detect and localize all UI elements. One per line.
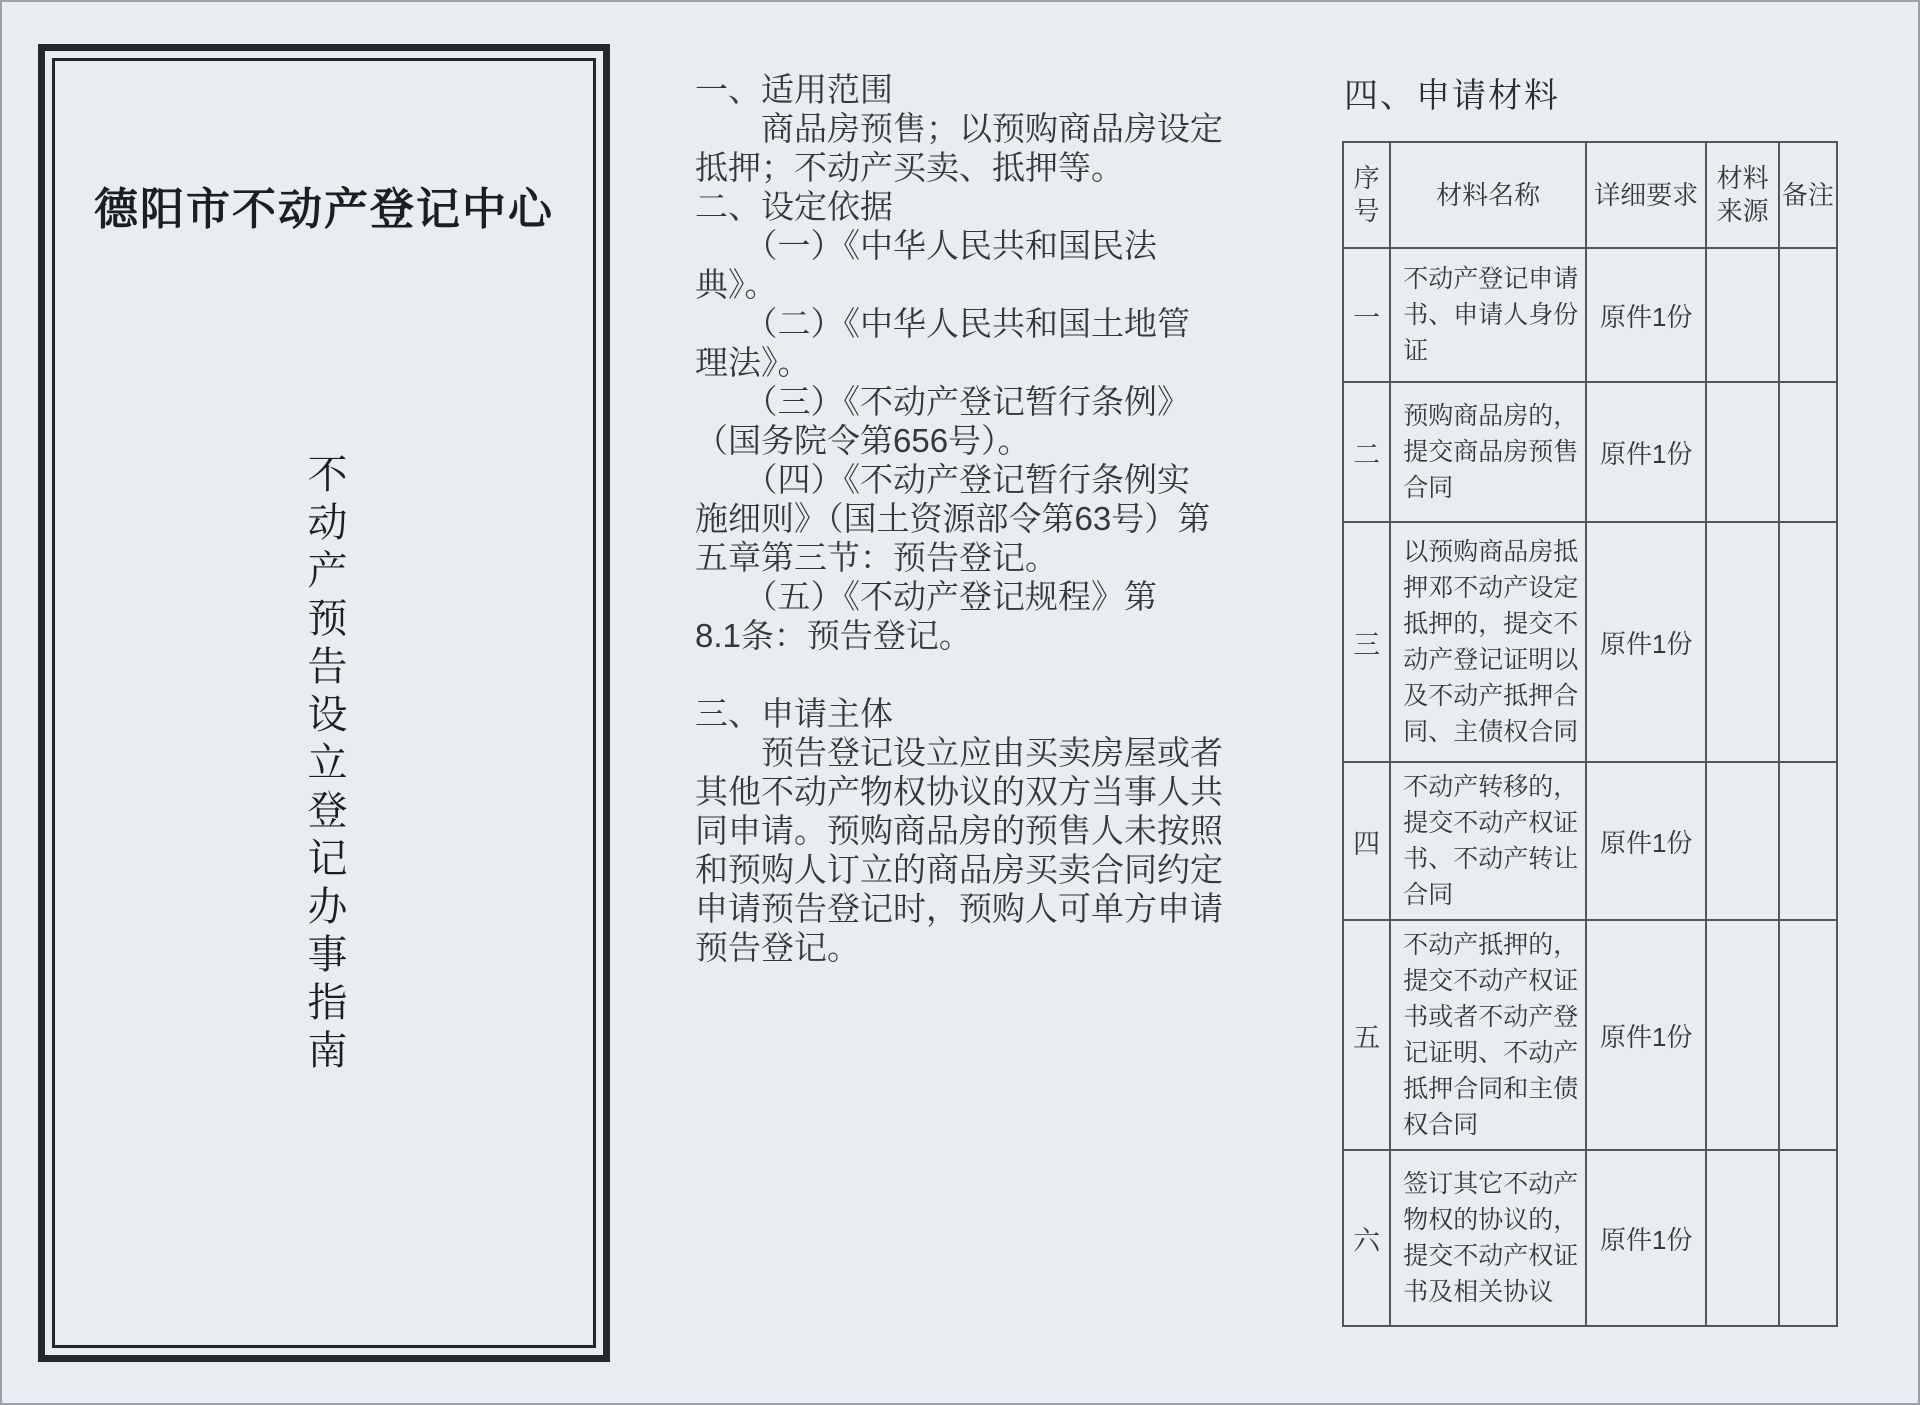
text-line: （三）《不动产登记暂行条例》 [695, 382, 1295, 421]
row-remark [1779, 382, 1837, 522]
row-remark [1779, 762, 1837, 920]
text-line: 同申请。预购商品房的预售人未按照 [695, 811, 1295, 850]
text-line: 和预购人订立的商品房买卖合同约定 [695, 850, 1295, 889]
row-material-name: 签订其它不动产物权的协议的，提交不动产权证书及相关协议 [1390, 1150, 1586, 1326]
row-remark [1779, 248, 1837, 382]
row-material-name: 不动产转移的，提交不动产权证书、不动产转让合同 [1390, 762, 1586, 920]
table-row: 三 以预购商品房抵押邓不动产设定抵押的，提交不动产登记证明以及不动产抵押合同、主… [1343, 522, 1837, 762]
row-seq-no: 六 [1343, 1150, 1390, 1326]
text-line: 商品房预售；以预购商品房设定 [695, 109, 1295, 148]
row-detail-requirement: 原件1份 [1586, 920, 1706, 1150]
text-line: 典》。 [695, 265, 1295, 304]
text-line: 抵押；不动产买卖、抵押等。 [695, 148, 1295, 187]
materials-section: 四、申请材料 序号 材料名称 详细要求 材料来源 备注 一 不动产登记申请书、申… [1342, 68, 1882, 1327]
text-line: 8.1条：预告登记。 [695, 616, 1295, 655]
text-line: 预告登记。 [695, 928, 1295, 967]
row-material-source [1706, 920, 1778, 1150]
table-row: 一 不动产登记申请书、申请人身份证 原件1份 [1343, 248, 1837, 382]
row-remark [1779, 1150, 1837, 1326]
text-line: （二）《中华人民共和国土地管 [695, 304, 1295, 343]
row-material-name: 以预购商品房抵押邓不动产设定抵押的，提交不动产登记证明以及不动产抵押合同、主债权… [1390, 522, 1586, 762]
text-line: 预告登记设立应由买卖房屋或者 [695, 733, 1295, 772]
row-material-source [1706, 1150, 1778, 1326]
row-remark [1779, 920, 1837, 1150]
row-material-source [1706, 522, 1778, 762]
table-row: 二 预购商品房的，提交商品房预售合同 原件1份 [1343, 382, 1837, 522]
row-seq-no: 一 [1343, 248, 1390, 382]
text-line: 施细则》（国土资源部令第63号）第 [695, 499, 1295, 538]
table-row: 五 不动产抵押的，提交不动产权证书或者不动产登记证明、不动产抵押合同和主债权合同… [1343, 920, 1837, 1150]
materials-table: 序号 材料名称 详细要求 材料来源 备注 一 不动产登记申请书、申请人身份证 原… [1342, 141, 1838, 1327]
guide-vertical-title: 不动产预告设立登记办事指南 [304, 453, 344, 1077]
text-line: （国务院令第656号）。 [695, 421, 1295, 460]
text-line: （四）《不动产登记暂行条例实 [695, 460, 1295, 499]
table-row: 四 不动产转移的，提交不动产权证书、不动产转让合同 原件1份 [1343, 762, 1837, 920]
text-line: 三、申请主体 [695, 694, 1295, 733]
header-material-source: 材料来源 [1706, 142, 1778, 248]
row-seq-no: 二 [1343, 382, 1390, 522]
row-seq-no: 五 [1343, 920, 1390, 1150]
text-line: 其他不动产物权协议的双方当事人共 [695, 772, 1295, 811]
center-name-title: 德阳市不动产登记中心 [55, 173, 593, 237]
row-seq-no: 四 [1343, 762, 1390, 920]
materials-heading: 四、申请材料 [1344, 68, 1882, 117]
text-line [695, 655, 1295, 694]
row-detail-requirement: 原件1份 [1586, 762, 1706, 920]
cover-panel: 德阳市不动产登记中心 不动产预告设立登记办事指南 [38, 44, 610, 1362]
brochure-page: 德阳市不动产登记中心 不动产预告设立登记办事指南 一、适用范围 商品房预售；以预… [0, 0, 1920, 1405]
text-line: 理法》。 [695, 343, 1295, 382]
row-material-source [1706, 762, 1778, 920]
text-line: 五章第三节：预告登记。 [695, 538, 1295, 577]
text-line: （一）《中华人民共和国民法 [695, 226, 1295, 265]
row-material-source [1706, 382, 1778, 522]
row-material-source [1706, 248, 1778, 382]
text-line: 一、适用范围 [695, 70, 1295, 109]
row-material-name: 预购商品房的，提交商品房预售合同 [1390, 382, 1586, 522]
table-header-row: 序号 材料名称 详细要求 材料来源 备注 [1343, 142, 1837, 248]
row-material-name: 不动产登记申请书、申请人身份证 [1390, 248, 1586, 382]
row-seq-no: 三 [1343, 522, 1390, 762]
header-detail-requirement: 详细要求 [1586, 142, 1706, 248]
sections-text-column: 一、适用范围 商品房预售；以预购商品房设定抵押；不动产买卖、抵押等。二、设定依据… [695, 70, 1295, 967]
row-detail-requirement: 原件1份 [1586, 248, 1706, 382]
row-detail-requirement: 原件1份 [1586, 522, 1706, 762]
text-line: （五）《不动产登记规程》第 [695, 577, 1295, 616]
header-seq-no: 序号 [1343, 142, 1390, 248]
header-remark: 备注 [1779, 142, 1837, 248]
header-material-name: 材料名称 [1390, 142, 1586, 248]
row-detail-requirement: 原件1份 [1586, 1150, 1706, 1326]
row-detail-requirement: 原件1份 [1586, 382, 1706, 522]
text-line: 申请预告登记时，预购人可单方申请 [695, 889, 1295, 928]
cover-panel-inner-border: 德阳市不动产登记中心 不动产预告设立登记办事指南 [52, 58, 596, 1348]
text-line: 二、设定依据 [695, 187, 1295, 226]
row-material-name: 不动产抵押的，提交不动产权证书或者不动产登记证明、不动产抵押合同和主债权合同 [1390, 920, 1586, 1150]
table-row: 六 签订其它不动产物权的协议的，提交不动产权证书及相关协议 原件1份 [1343, 1150, 1837, 1326]
row-remark [1779, 522, 1837, 762]
